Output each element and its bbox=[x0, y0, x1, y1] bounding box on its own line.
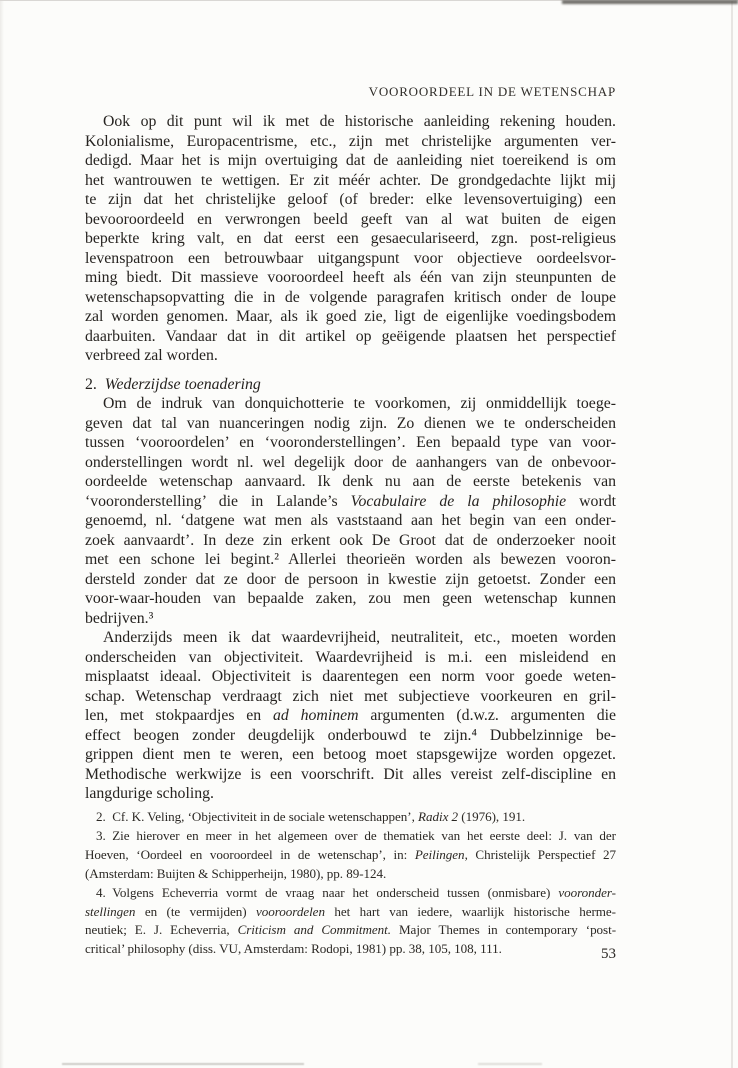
text-line: oordeelde wetenschap aanvaard. Ik denk n… bbox=[85, 472, 616, 492]
text-line: onderstellingen wordt nl. wel degelijk d… bbox=[85, 453, 616, 473]
text-line: langdurige scholing. bbox=[85, 784, 616, 804]
text-line: ‘vooronderstelling’ die in Lalande’s Voc… bbox=[85, 492, 616, 512]
text-line: geven dat tal van nuanceringen nodig zij… bbox=[85, 414, 616, 434]
body-text: Ook op dit punt wil ik met de historisch… bbox=[85, 112, 616, 804]
running-head: VOOROORDEEL IN DE WETENSCHAP bbox=[0, 84, 616, 100]
page-number: 53 bbox=[0, 946, 616, 963]
section-heading: 2. Wederzijdse toenadering bbox=[85, 375, 616, 395]
text-line: ming biedt. Dit massieve vooroordeel hee… bbox=[85, 268, 616, 288]
text-line: onderscheiden van objectiviteit. Waardev… bbox=[85, 648, 616, 668]
text-line: bedrijven.³ bbox=[85, 609, 616, 629]
text-line: (Amsterdam: Buijten & Schipperheijn, 198… bbox=[85, 865, 616, 884]
text-line: Methodische werkwijze is een voorschrift… bbox=[85, 765, 616, 785]
text-line: 3. Zie hierover en meer in het algemeen … bbox=[85, 827, 616, 846]
scan-artifact-bottom-speck bbox=[478, 1063, 542, 1065]
text-line: stellingen en (te vermijden) vooroordele… bbox=[85, 903, 616, 922]
text-line: effect beogen zonder deugdelijk onderbou… bbox=[85, 726, 616, 746]
scan-artifact-bottom-line bbox=[62, 1063, 304, 1065]
text-line: te zijn dat het christelijke geloof (of … bbox=[85, 190, 616, 210]
footnotes-section: 2. Cf. K. Veling, ‘Objectiviteit in de s… bbox=[85, 808, 616, 959]
text-line: voor-waar-houden van bepaalde zaken, zou… bbox=[85, 589, 616, 609]
text-line: tussen ‘vooroordelen’ en ‘vooronderstell… bbox=[85, 433, 616, 453]
text-line: Om de indruk van donquichotterie te voor… bbox=[85, 394, 616, 414]
text-line: het wantrouwen te wettigen. Er zit méér … bbox=[85, 171, 616, 191]
text-line: verbreed zal worden. bbox=[85, 346, 616, 366]
text-line: grippen dient men te weren, een betoog m… bbox=[85, 745, 616, 765]
text-line: Hoeven, ‘Oordeel en vooroordeel in de we… bbox=[85, 846, 616, 865]
text-line: beperkte kring valt, en dat eerst een ge… bbox=[85, 229, 616, 249]
text-line: levenspatroon een betrouwbaar uitgangspu… bbox=[85, 249, 616, 269]
paragraphs: Ook op dit punt wil ik met de historisch… bbox=[85, 112, 616, 804]
text-line: dedigd. Maar het is mijn overtuiging dat… bbox=[85, 151, 616, 171]
text-line: 4. Volgens Echeverria vormt de vraag naa… bbox=[85, 884, 616, 903]
footnote: 2. Cf. K. Veling, ‘Objectiviteit in de s… bbox=[85, 808, 616, 827]
document-page: VOOROORDEEL IN DE WETENSCHAP Ook op dit … bbox=[0, 0, 738, 1068]
paragraph: Ook op dit punt wil ik met de historisch… bbox=[85, 112, 616, 366]
text-line: 2. Cf. K. Veling, ‘Objectiviteit in de s… bbox=[85, 808, 616, 827]
paragraph: Anderzijds meen ik dat waardevrijheid, n… bbox=[85, 628, 616, 804]
text-line: Ook op dit punt wil ik met de historisch… bbox=[85, 112, 616, 132]
text-line: dersteld zonder dat ze door de persoon i… bbox=[85, 570, 616, 590]
text-line: wetenschapsopvatting die in de volgende … bbox=[85, 288, 616, 308]
text-line: daarbuiten. Vandaar dat in dit artikel o… bbox=[85, 327, 616, 347]
text-line: met een schone lei begint.² Allerlei the… bbox=[85, 550, 616, 570]
footnote: 3. Zie hierover en meer in het algemeen … bbox=[85, 827, 616, 884]
scan-artifact-top-right-smudge bbox=[562, 0, 738, 4]
page-left-edge-shading bbox=[0, 0, 4, 1068]
text-line: zoek aanvaardt’. In deze zin erkent ook … bbox=[85, 531, 616, 551]
text-line: genoemd, nl. ‘datgene wat men als vastst… bbox=[85, 511, 616, 531]
text-line: schap. Wetenschap verdraagt zich niet me… bbox=[85, 687, 616, 707]
scan-artifact-right-line bbox=[731, 0, 733, 1068]
text-line: Anderzijds meen ik dat waardevrijheid, n… bbox=[85, 628, 616, 648]
text-line: bevooroordeeld en verwrongen beeld geeft… bbox=[85, 210, 616, 230]
text-line: len, met stokpaardjes en ad hominem argu… bbox=[85, 706, 616, 726]
text-line: misplaatst ideaal. Objectiviteit is daar… bbox=[85, 667, 616, 687]
text-line: zal worden genomen. Maar, als ik goed zi… bbox=[85, 307, 616, 327]
paragraph: Om de indruk van donquichotterie te voor… bbox=[85, 394, 616, 628]
text-line: 2. Wederzijdse toenadering bbox=[85, 375, 616, 395]
text-line: neutiek; E. J. Echeverria, Criticism and… bbox=[85, 921, 616, 940]
text-line: Kolonialisme, Europacentrisme, etc., zij… bbox=[85, 132, 616, 152]
